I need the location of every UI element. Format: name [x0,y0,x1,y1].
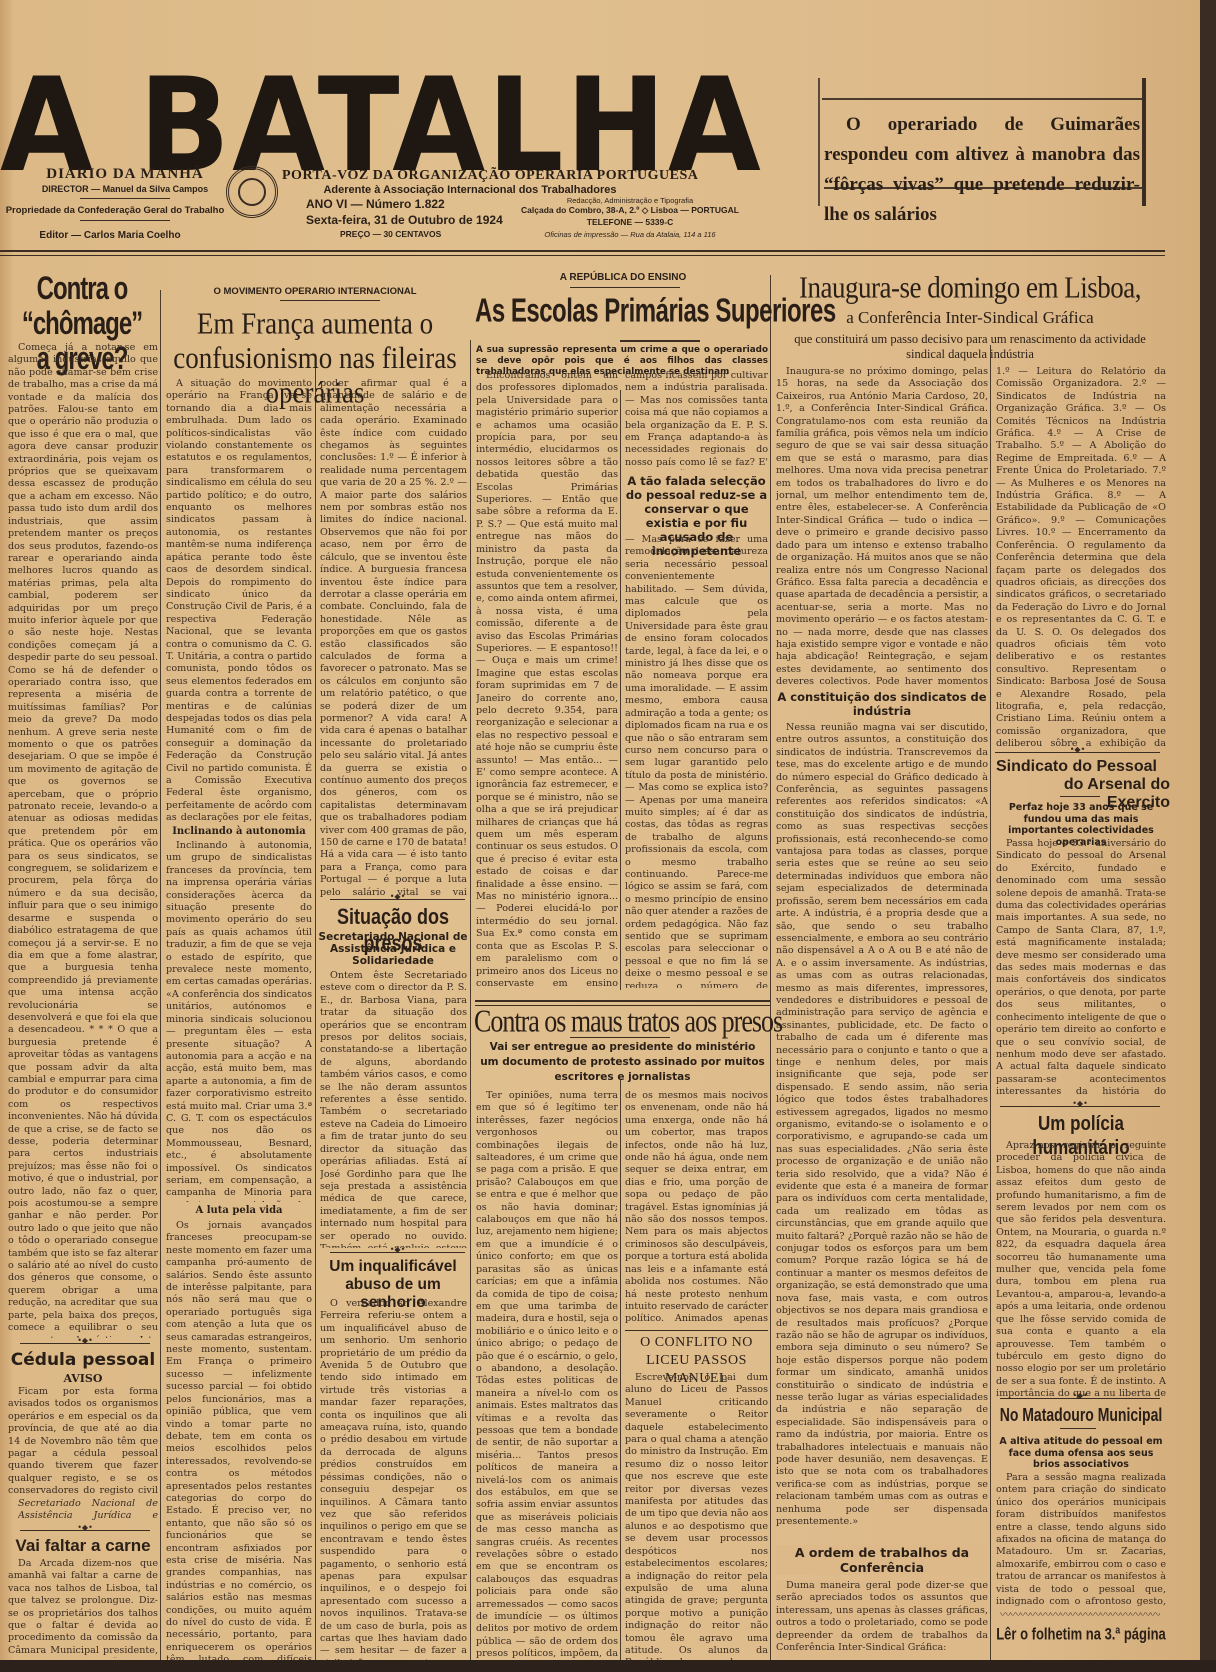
escolas-title: As Escolas Primárias Superiores [475,292,770,331]
divider [625,1330,768,1331]
ordem-subhead: A ordem de trabalhos da Conferência [776,1545,988,1575]
escolas-body-col1: Encontrámos ontem um dos professores dip… [476,370,618,988]
matadouro-title: No Matadouro Municipal [996,1404,1166,1425]
top-box-text: O operariado de Guimarães respondeu com … [824,110,1140,230]
ornament-divider [20,1343,150,1344]
masthead-affiliation: Aderente à Associação Internacional dos … [290,184,650,196]
masthead-address: Calçada do Combro, 38-A, 2.º ◇ Lisboa — … [500,205,760,216]
column-rule [770,275,771,1660]
masthead-subtitle: DIARIO DA MANHÃ [30,166,220,183]
ornament-divider [330,899,465,900]
masthead-rule [0,250,1165,256]
conferencia-body-col1: Inaugura-se no próximo domingo, pelas 15… [776,366,988,686]
maus-tratos-body-col1: Ter opiniões, numa terra em que só é leg… [476,1090,618,1660]
column-rule [470,340,471,1660]
column-rule [160,290,161,1660]
folhetim-note: Lêr o folhetim na 3.ª página [996,1624,1166,1644]
franca-subhead-autonomia: Inclinando à autonomia [166,826,312,837]
conferencia-body-col1b: Nessa reunião magna vai ser discutido, e… [776,722,988,1660]
carne-body: Da Arcada dizem-nos que amanhã vai falta… [8,1558,158,1658]
column-rule [990,345,991,1660]
ornament-divider [330,1252,465,1253]
franca-body-col1: A situação do movimento operário na Fran… [166,378,312,823]
cedula-signature: Secretariado Nacional de Assistência Jur… [18,1498,158,1524]
masthead-director: DIRECTOR — Manuel da Silva Campos [30,184,220,194]
cedula-title: Cédula pessoal [8,1350,158,1370]
divider [570,1037,670,1038]
masthead-slogan: PORTA-VOZ DA ORGANIZAÇÃO OPERARIA PORTUG… [282,168,642,184]
ornament-divider [1000,1398,1160,1399]
franca-body-autonomia: Inclinando à autonomia, um grupo de sind… [166,840,312,1202]
conferencia-subhead: A constituição dos sindicatos de indústr… [776,690,988,718]
escolas-body-col2b: — Mas para se fazer uma remodelação dess… [625,534,768,988]
masthead-price: PREÇO — 30 CENTAVOS [340,229,500,239]
escolas-kicker: A REPÚBLICA DO ENSINO [478,272,768,283]
franca-body-luta: Os jornais avançados franceses preocupam… [166,1220,312,1660]
divider [280,300,380,301]
divider [570,287,680,288]
ornament-divider [1000,1106,1160,1107]
escolas-body-col2: campos ficassem por cultivar nem a indús… [625,370,768,470]
divider [620,340,700,342]
chomage-title-line1: Contra o “chômage” [6,272,158,342]
conferencia-title-line3: que constituirá um passo decisivo para u… [774,332,1166,362]
maus-tratos-deck: Vai ser entregue ao presidente do minist… [480,1040,765,1085]
masthead-owner: Propriedade da Confederação Geral do Tra… [0,205,230,216]
presos-subtitle: Secretariado Nacional de Assistência Jur… [318,931,468,967]
franca-subhead-luta: A luta pela vida [166,1205,312,1216]
arsenal-title-line1: Sindicato do Pessoal [996,758,1166,776]
divider [80,198,170,199]
maus-tratos-title: Contra os maus tratos aos presos [474,1004,770,1040]
ornament-divider [995,752,1160,753]
divider [80,220,170,221]
matadouro-body: Para a sessão magna realizada ontem para… [996,1472,1166,1608]
presos-body: Ontem êste Secretariado esteve com o dir… [320,970,467,1248]
divider [1060,1428,1096,1429]
masthead-issue: ANO VI — Número 1.822 [306,197,506,211]
ordem-body: Duma maneira geral pode dizer-se que ser… [776,1580,988,1660]
carne-title: Vai faltar a carne [8,1536,158,1556]
column-rule [620,390,621,990]
cgt-seal-icon [226,166,278,218]
column-rule [620,1080,621,1660]
franca-body-col2: poder afirmar qual é a quantidade de sal… [320,378,467,898]
liceu-body: Escreve-nos o pai dum aluno do Liceu de … [625,1372,768,1660]
conferencia-title-line1: Inaugura-se domingo em Lisboa, [774,270,1166,306]
masthead-phone: TELEFONE — 5339-C [500,217,760,227]
cedula-body: Ficam por esta forma avisados todos os o… [8,1386,158,1498]
masthead-printing: Oficinas de impressão — Rua da Atalaia, … [500,230,760,239]
column-rule [315,360,316,1660]
senhorio-body: O vereador sr. Alexandre Ferreira referi… [320,1298,467,1660]
page-bottom-shadow [0,1660,1216,1672]
cedula-subtitle: AVISO [8,1372,158,1385]
divider [1060,796,1100,797]
top-box: O operariado de Guimarães respondeu com … [818,78,1146,206]
wavy-divider: 〰〰〰〰〰〰〰〰〰〰〰〰〰〰〰〰 [1000,1606,1160,1622]
masthead-address-label: Redacção, Administração e Tipografia [500,196,760,205]
franca-kicker: O MOVIMENTO OPERARIO INTERNACIONAL [165,286,465,297]
conferencia-agenda: 1.º — Leitura do Relatório da Comissão O… [996,366,1166,748]
page-edge-shadow [1200,0,1216,1672]
maus-tratos-body-col2: de os mesmos mais nocivos os envenenam, … [625,1090,768,1325]
matadouro-deck: A altiva atitude do pessoal em face duma… [996,1436,1166,1471]
policia-body: Apraz-nos registar o seguinte proceder d… [996,1140,1166,1400]
conferencia-title-line2: a Conferência Inter-Sindical Gráfica [774,308,1166,328]
masthead-editor: Editor — Carlos Maria Coelho [10,230,210,241]
chomage-body: Começa já a notar-se em algumas indústri… [8,342,158,1338]
arsenal-body: Passa hoje o 33.º aniversário do Sindica… [996,838,1166,1096]
ornament-divider [20,1530,150,1531]
